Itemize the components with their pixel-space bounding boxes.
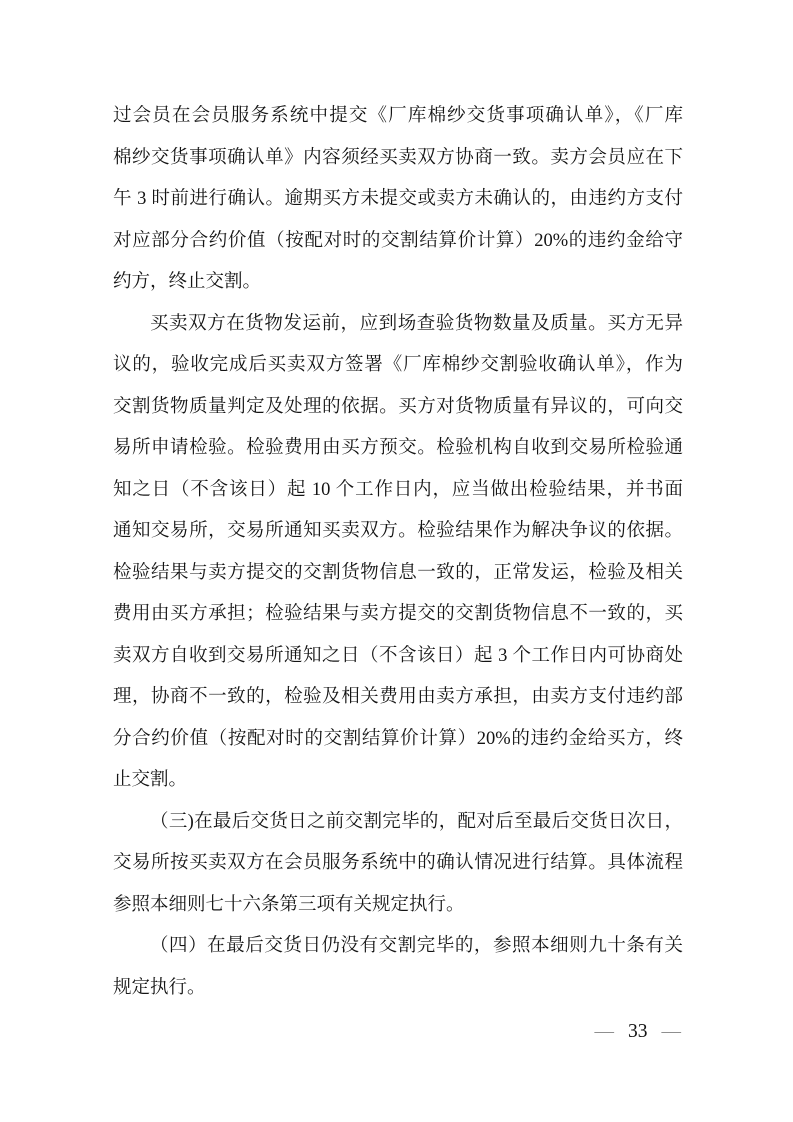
- paragraph-continuation: 过会员在会员服务系统中提交《厂库棉纱交货事项确认单》，《厂库 棉纱交货事项确认单…: [113, 96, 683, 304]
- text-line: 参照本细则七十六条第三项有关规定执行。: [113, 885, 683, 927]
- text-line: 卖双方自收到交易所通知之日（不含该日）起 3 个工作日内可协商处: [113, 636, 683, 678]
- text-line: 检验结果与卖方提交的交割货物信息一致的，正常发运，检验及相关: [113, 553, 683, 595]
- text-line: 通知交易所，交易所通知买卖双方。检验结果作为解决争议的依据。: [113, 511, 683, 553]
- text-line: 约方，终止交割。: [113, 262, 683, 304]
- text-line: 交割货物质量判定及处理的依据。买方对货物质量有异议的，可向交: [113, 387, 683, 429]
- text-line: 知之日（不含该日）起 10 个工作日内，应当做出检验结果，并书面: [113, 470, 683, 512]
- text-line: （三)在最后交货日之前交割完毕的，配对后至最后交货日次日，: [113, 802, 683, 844]
- text-line: 对应部分合约价值（按配对时的交割结算价计算）20%的违约金给守: [113, 221, 683, 263]
- paragraph-item-three: （三)在最后交货日之前交割完毕的，配对后至最后交货日次日， 交易所按买卖双方在会…: [113, 802, 683, 927]
- document-page: 过会员在会员服务系统中提交《厂库棉纱交货事项确认单》，《厂库 棉纱交货事项确认单…: [0, 0, 793, 1122]
- paragraph-inspection: 买卖双方在货物发运前，应到场查验货物数量及质量。买方无异 议的，验收完成后买卖双…: [113, 304, 683, 802]
- footer-left-dash: —: [595, 1021, 615, 1042]
- text-line: 议的，验收完成后买卖双方签署《厂库棉纱交割验收确认单》，作为: [113, 345, 683, 387]
- page-number: 33: [628, 1021, 648, 1042]
- text-line: 棉纱交货事项确认单》内容须经买卖双方协商一致。卖方会员应在下: [113, 138, 683, 180]
- text-line: 分合约价值（按配对时的交割结算价计算）20%的违约金给买方，终: [113, 719, 683, 761]
- text-line: 易所申请检验。检验费用由买方预交。检验机构自收到交易所检验通: [113, 428, 683, 470]
- page-footer: —33—: [595, 1018, 682, 1046]
- footer-right-dash: —: [662, 1021, 682, 1042]
- text-line: 买卖双方在货物发运前，应到场查验货物数量及质量。买方无异: [113, 304, 683, 346]
- text-line: 过会员在会员服务系统中提交《厂库棉纱交货事项确认单》，《厂库: [113, 96, 683, 138]
- text-line: 午 3 时前进行确认。逾期买方未提交或卖方未确认的，由违约方支付: [113, 179, 683, 221]
- text-line: 理，协商不一致的，检验及相关费用由卖方承担，由卖方支付违约部: [113, 677, 683, 719]
- text-line: 费用由买方承担；检验结果与卖方提交的交割货物信息不一致的，买: [113, 594, 683, 636]
- body-text: 过会员在会员服务系统中提交《厂库棉纱交货事项确认单》，《厂库 棉纱交货事项确认单…: [113, 96, 683, 1009]
- text-line: 规定执行。: [113, 968, 683, 1010]
- text-line: 止交割。: [113, 760, 683, 802]
- text-line: （四）在最后交货日仍没有交割完毕的，参照本细则九十条有关: [113, 926, 683, 968]
- paragraph-item-four: （四）在最后交货日仍没有交割完毕的，参照本细则九十条有关 规定执行。: [113, 926, 683, 1009]
- text-line: 交易所按买卖双方在会员服务系统中的确认情况进行结算。具体流程: [113, 843, 683, 885]
